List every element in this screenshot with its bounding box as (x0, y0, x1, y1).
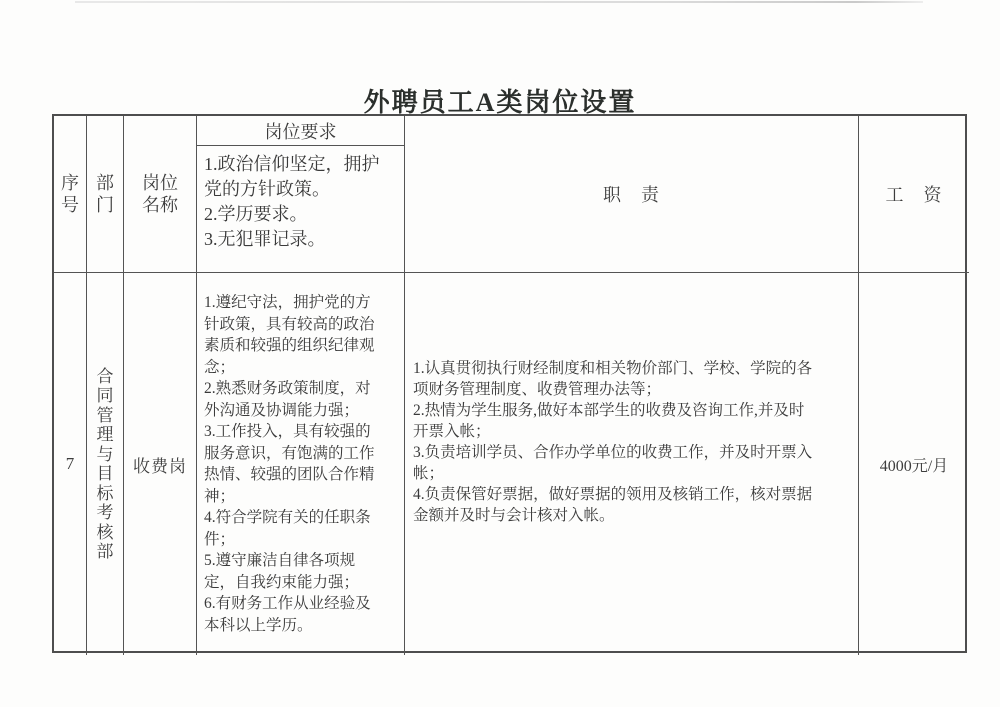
header-serial-number-label: 序号 (59, 172, 81, 217)
header-salary: 工 资 (859, 116, 969, 273)
positions-table: 序号 部门 岗位名称 岗位要求 1.政治信仰坚定，拥护 党的方针政策。 2.学历… (52, 114, 967, 653)
header-requirements-common-list: 1.政治信仰坚定，拥护 党的方针政策。 2.学历要求。 3.无犯罪记录。 (197, 146, 404, 272)
position-name-value: 收费岗 (133, 452, 187, 477)
header-requirements-title: 岗位要求 (197, 116, 404, 146)
header-requirements: 岗位要求 1.政治信仰坚定，拥护 党的方针政策。 2.学历要求。 3.无犯罪记录… (197, 116, 405, 273)
header-department-label: 部门 (94, 172, 116, 217)
scan-artifact-line (75, 1, 923, 3)
cell-requirements: 1.遵纪守法，拥护党的方 针政策，具有较高的政治 素质和较强的组织纪律观 念； … (197, 273, 405, 655)
cell-serial-number: 7 (54, 273, 87, 655)
requirements-text: 1.遵纪守法，拥护党的方 针政策，具有较高的政治 素质和较强的组织纪律观 念； … (204, 292, 399, 636)
header-duty-label: 职 责 (603, 181, 660, 207)
cell-duties: 1.认真贯彻执行财经制度和相关物价部门、学校、学院的各 项财务管理制度、收费管理… (405, 273, 859, 655)
header-serial-number: 序号 (54, 116, 87, 273)
header-position-name: 岗位名称 (124, 116, 197, 273)
cell-department: 合同管理与目标考核部 (87, 273, 124, 655)
salary-value: 4000元/月 (880, 453, 948, 476)
duties-text: 1.认真贯彻执行财经制度和相关物价部门、学校、学院的各 项财务管理制度、收费管理… (413, 358, 852, 526)
header-department: 部门 (87, 116, 124, 273)
header-position-name-label: 岗位名称 (139, 172, 181, 217)
header-salary-label: 工 资 (886, 181, 943, 207)
header-duty: 职 责 (405, 116, 859, 273)
department-value: 合同管理与目标考核部 (95, 367, 115, 562)
serial-number-value: 7 (66, 454, 75, 474)
cell-salary: 4000元/月 (859, 273, 969, 655)
cell-position-name: 收费岗 (124, 273, 197, 655)
document-page: 外聘员工A类岗位设置 序号 部门 岗位名称 岗位要求 1.政治信仰坚定，拥护 党… (0, 0, 1000, 707)
